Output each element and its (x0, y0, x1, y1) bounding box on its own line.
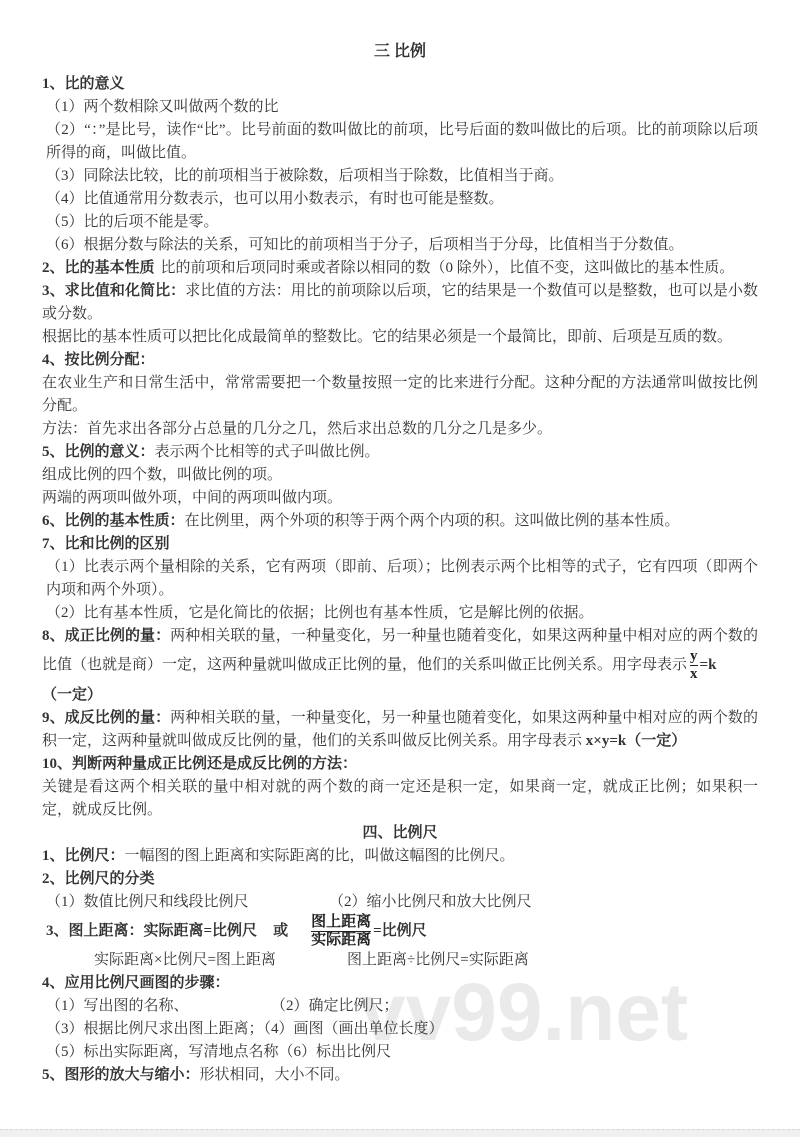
heading-proportion-meaning: 5、比例的意义：表示两个比相等的式子叫做比例。 (42, 441, 758, 464)
document-content: 三 比例 1、比的意义 （1）两个数相除又叫做两个数的比 （2）“：”是比号，读… (0, 0, 800, 1087)
para-simplify-ratio: 根据比的基本性质可以把比化成最简单的整数比。它的结果必须是一个最简比，即前、后项… (42, 326, 758, 349)
row-steps-1-2: （1）写出图的名称、（2）确定比例尺； (42, 995, 758, 1018)
item-7-1: （1）比表示两个量相除的关系，它有两项（即前、后项）；比例表示两个比相等的式子，… (42, 556, 758, 602)
para-constant: （一定） (42, 684, 758, 707)
fraction-denominator: x (690, 665, 698, 683)
scale-formula-or: 或 (273, 923, 288, 939)
item-1-4: （4）比值通常用分数表示，也可以用小数表示，有时也可能是整数。 (42, 188, 758, 211)
heading-ratio-value-label: 3、求比值和化简比： (42, 283, 185, 299)
item-1-2: （2）“：”是比号，读作“比”。比号前面的数叫做比的前项，比号后面的数叫做比的后… (42, 119, 758, 165)
para-distribution-method: 方法：首先求出各部分占总量的几分之几，然后求出总数的几分之几是多少。 (42, 418, 758, 441)
heading-bi-basic-property-text: 比的前项和后项同时乘或者除以相同的数（0 除外），比值不变，这叫做比的基本性质。 (161, 260, 735, 276)
item-1-3: （3）同除法比较，比的前项相当于被除数，后项相当于除数，比值相当于商。 (42, 165, 758, 188)
heading-enlarge-shrink-label: 5、图形的放大与缩小： (42, 1067, 200, 1083)
scale-type-2: （2）缩小比例尺和放大比例尺 (329, 894, 532, 910)
heading-bi-basic-property: 2、比的基本性质比的前项和后项同时乘或者除以相同的数（0 除外），比值不变，这叫… (42, 257, 758, 280)
para-proportion-inner-outer: 两端的两项叫做外项，中间的两项叫做内项。 (42, 487, 758, 510)
scale-formula-lead: 3、图上距离：实际距离=比例尺 (46, 923, 257, 939)
heading-drawing-steps: 4、应用比例尺画图的步骤： (42, 972, 758, 995)
heading-proportion-basic-property: 6、比例的基本性质：在比例里，两个外项的积等于两个两个内项的积。这叫做比例的基本… (42, 510, 758, 533)
fraction-numerator: y (690, 648, 698, 664)
fraction-equals-k: =k (700, 657, 717, 673)
row-scale-derived: 实际距离×比例尺=图上距离图上距离÷比例尺=实际距离 (42, 949, 758, 972)
heading-scale-def: 1、比例尺：一幅图的图上距离和实际距离的比，叫做这幅图的比例尺。 (42, 845, 758, 868)
formula-actual-times-scale: 实际距离×比例尺=图上距离 (94, 949, 347, 972)
heading-bi-meaning: 1、比的意义 (42, 73, 758, 96)
fraction-actual-distance: 实际距离 (311, 931, 371, 949)
step-2: （2）确定比例尺； (271, 998, 399, 1014)
heading-ratio-value: 3、求比值和化简比：求比值的方法：用比的前项除以后项，它的结果是一个数值可以是整… (42, 280, 758, 326)
heading-proportion-meaning-text: 表示两个比相等的式子叫做比例。 (155, 444, 380, 460)
heading-scale-def-text: 一幅图的图上距离和实际距离的比，叫做这幅图的比例尺。 (125, 848, 515, 864)
fraction-map-over-actual: 图上距离实际距离 (311, 914, 371, 950)
fraction-y-over-x: yx (690, 648, 698, 684)
para-distribution-desc: 在农业生产和日常生活中，常常需要把一个数量按照一定的比来进行分配。这种分配的方法… (42, 372, 758, 418)
heading-proportional-distribution: 4、按比例分配： (42, 349, 758, 372)
heading-scale-types: 2、比例尺的分类 (42, 868, 758, 891)
inverse-formula: x×y=k（一定） (586, 733, 686, 749)
page-title: 三 比例 (42, 40, 758, 64)
heading-direct-proportion-label: 8、成正比例的量： (42, 628, 170, 644)
row-steps-3-4: （3）根据比例尺求出图上距离；（4）画图（画出单位长度） (42, 1018, 758, 1041)
heading-enlarge-shrink: 5、图形的放大与缩小：形状相同，大小不同。 (42, 1064, 758, 1087)
para-judge-method: 关键是看这两个相关联的量中相对就的两个数的商一定还是积一定，如果商一定，就成正比… (42, 776, 758, 822)
section-title-scale: 四、比例尺 (42, 822, 758, 845)
heading-proportion-meaning-label: 5、比例的意义： (42, 444, 155, 460)
heading-inverse-proportion: 9、成反比例的量：两种相关联的量，一种量变化，另一种量也随着变化，如果这两种量中… (42, 707, 758, 753)
page-bottom-edge (0, 1129, 800, 1137)
step-1: （1）写出图的名称、 (46, 995, 271, 1018)
heading-inverse-proportion-label: 9、成反比例的量： (42, 710, 170, 726)
formula-map-div-scale: 图上距离÷比例尺=实际距离 (347, 952, 529, 968)
heading-proportion-basic-property-label: 6、比例的基本性质： (42, 513, 185, 529)
row-steps-5-6: （5）标出实际距离，写清地点名称（6）标出比例尺 (42, 1041, 758, 1064)
scale-type-1: （1）数值比例尺和线段比例尺 (46, 891, 329, 914)
fraction-map-distance: 图上距离 (311, 914, 371, 930)
item-1-6: （6）根据分数与除法的关系，可知比的前项相当于分子，后项相当于分母，比值相当于分… (42, 234, 758, 257)
item-7-2: （2）比有基本性质，它是化简比的依据；比例也有基本性质，它是解比例的依据。 (42, 602, 758, 625)
heading-difference: 7、比和比例的区别 (42, 533, 758, 556)
row-scale-types: （1）数值比例尺和线段比例尺（2）缩小比例尺和放大比例尺 (42, 891, 758, 914)
heading-direct-proportion: 8、成正比例的量：两种相关联的量，一种量变化，另一种量也随着变化，如果这两种量中… (42, 625, 758, 684)
heading-scale-def-label: 1、比例尺： (42, 848, 125, 864)
para-proportion-terms: 组成比例的四个数，叫做比例的项。 (42, 464, 758, 487)
heading-proportion-basic-property-text: 在比例里，两个外项的积等于两个两个内项的积。这叫做比例的基本性质。 (185, 513, 680, 529)
item-1-5: （5）比的后项不能是零。 (42, 211, 758, 234)
document-page: 三 比例 1、比的意义 （1）两个数相除又叫做两个数的比 （2）“：”是比号，读… (0, 0, 800, 1137)
heading-bi-basic-property-label: 2、比的基本性质 (42, 260, 155, 276)
heading-judge-method: 10、判断两种量成正比例还是成反比例的方法： (42, 753, 758, 776)
row-scale-formula: 3、图上距离：实际距离=比例尺或图上距离实际距离=比例尺 (42, 914, 758, 950)
fraction-equals-scale: =比例尺 (373, 923, 427, 939)
item-1-1: （1）两个数相除又叫做两个数的比 (42, 96, 758, 119)
heading-enlarge-shrink-text: 形状相同，大小不同。 (200, 1067, 350, 1083)
